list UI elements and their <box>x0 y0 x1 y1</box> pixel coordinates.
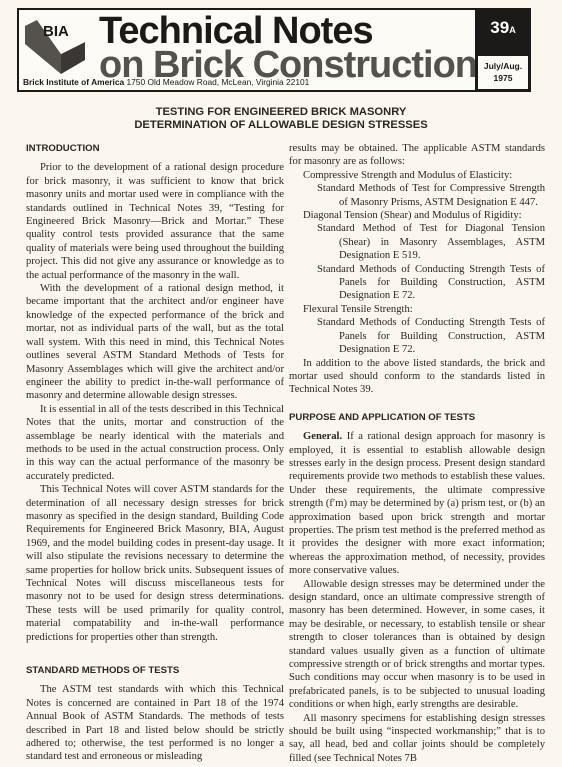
masthead: BIA Technical Notes on Brick Constructio… <box>17 8 531 92</box>
standard-item: Standard Methods of Test for Compressive… <box>289 182 545 209</box>
bia-logo-icon: BIA <box>23 14 89 76</box>
issue-number: 39A <box>475 18 531 38</box>
astm-standards-list: Compressive Strength and Modulus of Elas… <box>289 169 545 357</box>
org-info: Brick Institute of America 1750 Old Mead… <box>23 77 309 87</box>
purpose-lead: General. <box>303 431 342 442</box>
org-address: 1750 Old Meadow Road, McLean, Virginia 2… <box>126 77 309 87</box>
standard-category: Flexural Tensile Strength: <box>289 303 545 316</box>
svg-text:BIA: BIA <box>43 23 69 40</box>
purpose-paragraph-2: Allowable design stresses may be determi… <box>289 578 545 712</box>
section-heading-introduction: INTRODUCTION <box>26 142 284 155</box>
standard-item: Standard Method of Test for Diagonal Ten… <box>289 222 545 262</box>
section-heading-purpose: PURPOSE AND APPLICATION OF TESTS <box>289 411 545 424</box>
issue-month: July/Aug. <box>478 60 528 72</box>
issue-year: 1975 <box>478 72 528 84</box>
issue-box: 39A July/Aug. 1975 <box>475 8 531 92</box>
standard-category: Diagonal Tension (Shear) and Modulus of … <box>289 209 545 222</box>
standard-category: Compressive Strength and Modulus of Elas… <box>289 169 545 182</box>
right-column: results may be obtained. The applicable … <box>289 142 545 765</box>
intro-paragraph-3: It is essential in all of the tests desc… <box>26 403 284 483</box>
intro-paragraph-2: With the development of a rational desig… <box>26 282 284 403</box>
issue-date: July/Aug. 1975 <box>478 56 528 89</box>
intro-paragraph-1: Prior to the development of a rational d… <box>26 161 284 282</box>
org-name: Brick Institute of America <box>23 77 124 87</box>
standard-item: Standard Methods of Conducting Strength … <box>289 263 545 303</box>
section-heading-standard-methods: STANDARD METHODS OF TESTS <box>26 664 284 677</box>
standard-methods-paragraph-2: In addition to the above listed standard… <box>289 357 545 397</box>
standard-methods-paragraph-1-continued: results may be obtained. The applicable … <box>289 142 545 169</box>
purpose-paragraph-3: All masonry specimens for establishing d… <box>289 712 545 766</box>
document-title: TESTING FOR ENGINEERED BRICK MASONRY DET… <box>0 106 562 132</box>
standard-item: Standard Methods of Conducting Strength … <box>289 316 545 356</box>
intro-paragraph-4: This Technical Notes will cover ASTM sta… <box>26 483 284 644</box>
purpose-paragraph-1: General. If a rational design approach f… <box>289 430 545 577</box>
left-column: INTRODUCTION Prior to the development of… <box>26 142 284 764</box>
standard-methods-paragraph-1: The ASTM test standards with which this … <box>26 683 284 763</box>
